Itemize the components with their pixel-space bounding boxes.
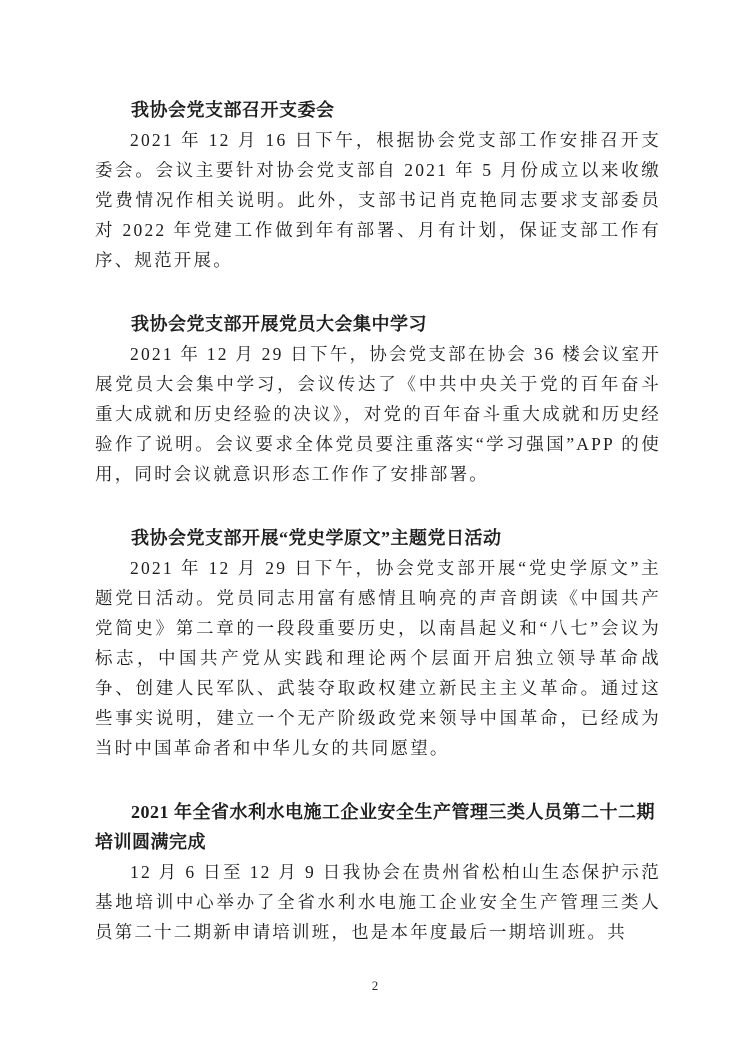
section-branch-committee-meeting: 我协会党支部召开支委会 2021 年 12 月 16 日下午，根据协会党支部工作… xyxy=(95,95,661,275)
page-number: 2 xyxy=(0,978,750,994)
section-heading: 我协会党支部开展“党史学原文”主题党日活动 xyxy=(95,523,661,553)
section-paragraph: 12 月 6 日至 12 月 9 日我协会在贵州省松柏山生态保护示范基地培训中心… xyxy=(95,857,661,947)
section-paragraph: 2021 年 12 月 16 日下午，根据协会党支部工作安排召开支委会。会议主要… xyxy=(95,125,661,275)
section-heading: 2021 年全省水利水电施工企业安全生产管理三类人员第二十二期培训圆满完成 xyxy=(95,797,661,857)
section-party-history-theme-day: 我协会党支部开展“党史学原文”主题党日活动 2021 年 12 月 29 日下午… xyxy=(95,523,661,763)
document-page: 我协会党支部召开支委会 2021 年 12 月 16 日下午，根据协会党支部工作… xyxy=(0,0,750,1061)
section-heading: 我协会党支部开展党员大会集中学习 xyxy=(95,309,661,339)
section-heading: 我协会党支部召开支委会 xyxy=(95,95,661,125)
section-training-completion: 2021 年全省水利水电施工企业安全生产管理三类人员第二十二期培训圆满完成 12… xyxy=(95,797,661,947)
section-paragraph: 2021 年 12 月 29 日下午，协会党支部在协会 36 楼会议室开展党员大… xyxy=(95,339,661,489)
section-paragraph: 2021 年 12 月 29 日下午，协会党支部开展“党史学原文”主题党日活动。… xyxy=(95,553,661,763)
section-member-assembly-study: 我协会党支部开展党员大会集中学习 2021 年 12 月 29 日下午，协会党支… xyxy=(95,309,661,489)
